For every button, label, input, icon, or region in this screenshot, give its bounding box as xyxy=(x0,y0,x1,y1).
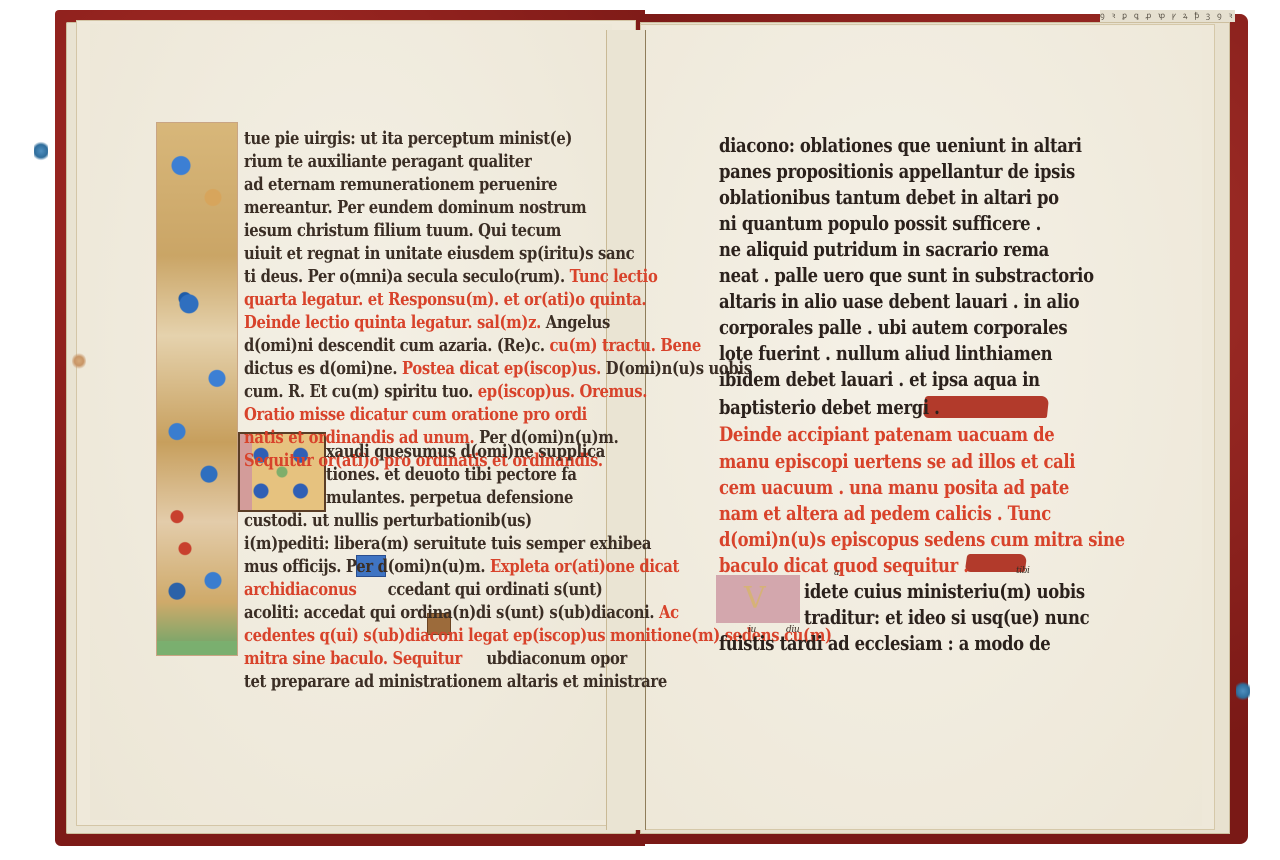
tassel-icon xyxy=(1236,680,1250,702)
text-line: fuistis tardi ad ecclesiam : a modo de xyxy=(719,632,1050,654)
text-line: idete cuius ministeriu(m) uobis xyxy=(804,580,1085,602)
text-line: ad eternam remunerationem peruenire xyxy=(244,174,557,196)
text-line: ne aliquid putridum in sacrario rema xyxy=(719,238,1049,260)
text-line: archidiaconus ccedant qui ordinati s(unt… xyxy=(244,579,602,601)
text-line: mitra sine baculo. Sequitur ubdiaconum o… xyxy=(244,648,627,670)
interlinear-gloss: tibi xyxy=(1016,566,1030,576)
rubric-line: Oratio misse dicatur cum oratione pro or… xyxy=(244,404,587,426)
text-line: diacono: oblationes que ueniunt in altar… xyxy=(719,134,1082,156)
interlinear-gloss: a xyxy=(834,568,839,578)
text-line: tiones. et deuoto tibi pectore fa xyxy=(326,464,577,486)
rubric-line: nam et altera ad pedem calicis . Tunc xyxy=(719,502,1051,524)
text-line: ibidem debet lauari . et ipsa aqua in xyxy=(719,368,1040,390)
text-line: neat . palle uero que sunt in substracto… xyxy=(719,264,1094,286)
rubric-line: manu episcopi uertens se ad illos et cal… xyxy=(719,450,1075,472)
rubric-line: d(omi)n(u)s episcopus sedens cum mitra s… xyxy=(719,528,1125,550)
text-line: oblationibus tantum debet in altari po xyxy=(719,186,1059,208)
text-line: mus officijs. Per d(omi)n(u)m. Expleta o… xyxy=(244,556,679,578)
text-line: mereantur. Per eundem dominum nostrum xyxy=(244,197,586,219)
rubric-line: baculo dicat quod sequitur . xyxy=(719,554,969,576)
text-line: panes propositionis appellantur de ipsis xyxy=(719,160,1075,182)
text-line: d(omi)ni descendit cum azaria. (Re)c. cu… xyxy=(244,335,701,357)
text-line: i(m)pediti: libera(m) seruitute tuis sem… xyxy=(244,533,651,555)
text-line: ti deus. Per o(mni)a secula seculo(rum).… xyxy=(244,266,657,288)
text-line: acoliti: accedat qui ordina(n)di s(unt) … xyxy=(244,602,679,624)
rubric-line: cem uacuum . una manu posita ad pate xyxy=(719,476,1069,498)
tassel-icon xyxy=(34,140,48,162)
stain-mark xyxy=(72,352,86,370)
text-line: lote fuerint . nullum aliud linthiamen xyxy=(719,342,1052,364)
text-line: iesum christum filium tuum. Qui tecum xyxy=(244,220,561,242)
rubric-line: Deinde accipiant patenam uacuam de xyxy=(719,423,1054,445)
text-line: cum. R. Et cu(m) spiritu tuo. ep(iscop)u… xyxy=(244,381,647,403)
text-line: dictus es d(omi)ne. Postea dicat ep(isco… xyxy=(244,358,752,380)
text-line: altaris in alio uase debent lauari . in … xyxy=(719,290,1079,312)
fore-edge-lettering: ꝯ ꝛ ꝑ ꝗ ꝓ ꝕ ꝩ ꝝ ꝥ ꝫ ꝯ ꝛ xyxy=(1100,10,1235,22)
text-line: tue pie uirgis: ut ita perceptum minist(… xyxy=(244,128,572,150)
text-line: xaudi quesumus d(omi)ne supplica xyxy=(326,441,605,463)
text-line: baptisterio debet mergi . xyxy=(719,396,940,418)
interlinear-gloss: diu xyxy=(786,625,799,635)
text-line: rium te auxiliante peragant qualiter xyxy=(244,151,531,173)
text-line: corporales palle . ubi autem corporales xyxy=(719,316,1067,338)
text-line: tet preparare ad ministrationem altaris … xyxy=(244,671,667,693)
text-line: ni quantum populo possit sufficere . xyxy=(719,212,1041,234)
text-line: traditur: et ideo si usq(ue) nunc xyxy=(804,606,1089,628)
interlinear-gloss: iu xyxy=(748,625,756,635)
red-line-filler xyxy=(923,396,1049,418)
pink-initial: V xyxy=(716,575,800,623)
rubric-line: quarta legatur. et Responsu(m). et or(at… xyxy=(244,289,646,311)
illuminated-border xyxy=(156,122,238,656)
text-line: custodi. ut nullis perturbationib(us) xyxy=(244,510,532,532)
text-line: uiuit et regnat in unitate eiusdem sp(ir… xyxy=(244,243,634,265)
text-line: mulantes. perpetua defensione xyxy=(326,487,573,509)
text-line: Deinde lectio quinta legatur. sal(m)z. A… xyxy=(244,312,610,334)
